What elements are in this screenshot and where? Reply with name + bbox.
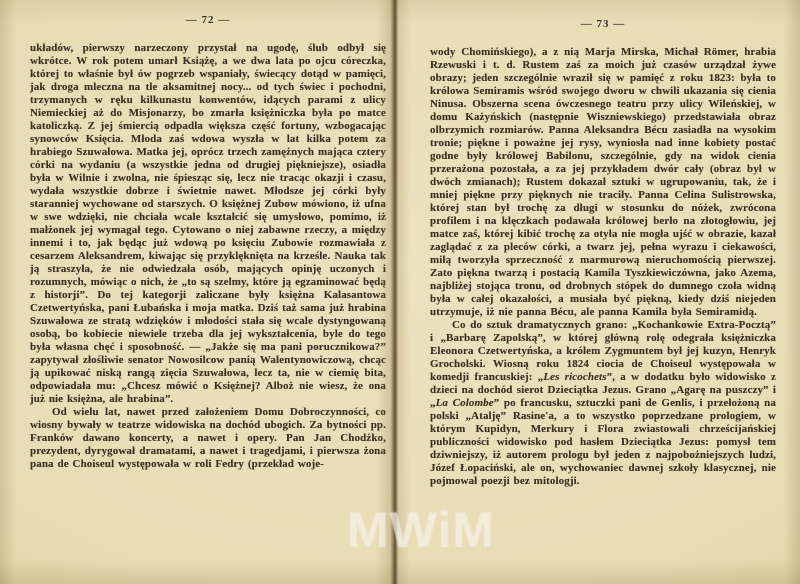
page-73: — 73 — wody Chomińskiego), a z nią Marja…: [430, 18, 776, 488]
paragraph: Co do sztuk dramatycznych grano: „Kochan…: [430, 319, 776, 488]
page-72-text: układów, pierwszy narzeczony przystał na…: [30, 42, 386, 471]
play-title-italic: Les ricochets: [543, 371, 606, 383]
page-72: — 72 — układów, pierwszy narzeczony przy…: [30, 14, 386, 471]
play-title-italic: La Colombe: [436, 397, 494, 409]
watermark: MWiM: [347, 502, 495, 558]
paragraph-text: Od wielu lat, nawet przed założeniem Dom…: [30, 406, 386, 470]
paragraph-text: wody Chomińskiego), a z nią Marja Mirska…: [430, 46, 776, 318]
paragraph: wody Chomińskiego), a z nią Marja Mirska…: [430, 46, 776, 319]
page-number-left: — 72 —: [30, 14, 386, 26]
page-number-right: — 73 —: [430, 18, 776, 30]
book-scan: — 72 — układów, pierwszy narzeczony przy…: [0, 0, 800, 584]
page-73-text: wody Chomińskiego), a z nią Marja Mirska…: [430, 46, 776, 488]
paragraph-text: układów, pierwszy narzeczony przystał na…: [30, 42, 386, 405]
paragraph: układów, pierwszy narzeczony przystał na…: [30, 42, 386, 406]
paragraph: Od wielu lat, nawet przed założeniem Dom…: [30, 406, 386, 471]
paragraph-text: ” po francusku, sztuczki pani de Genlis,…: [430, 397, 776, 487]
